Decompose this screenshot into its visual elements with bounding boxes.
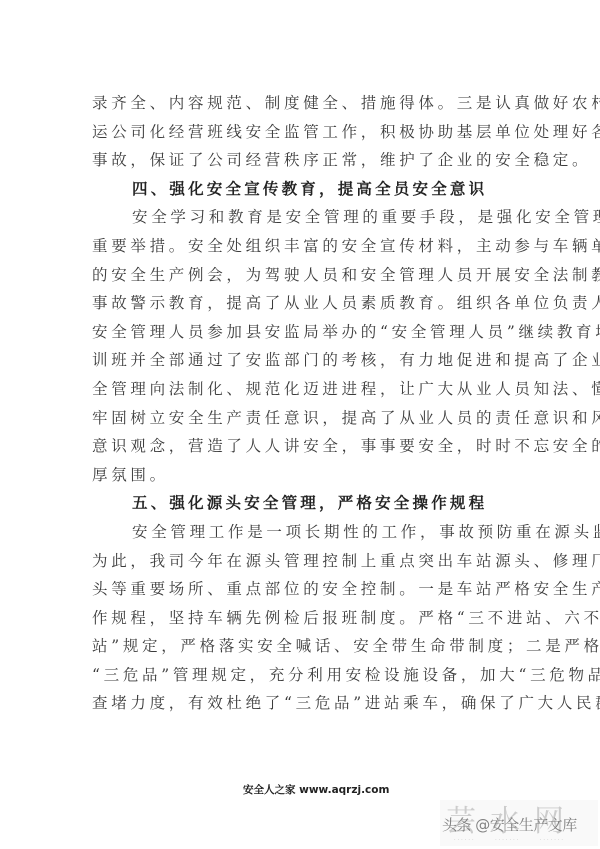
watermark-source-text: 头条 @安全生产文库 — [442, 814, 577, 835]
paragraph-line: 意识观念，营造了人人讲安全，事事要安全，时时不忘安全的浓 — [92, 432, 522, 461]
paragraph-line: 查堵力度，有效杜绝了“三危品”进站乘车，确保了广大人民群 — [92, 689, 522, 718]
paragraph-line: 厚氛围。 — [92, 461, 522, 490]
paragraph-line: 安全管理人员参加县安监局举办的“安全管理人员”继续教育培 — [92, 318, 522, 347]
paragraph-line: “三危品”管理规定，充分利用安检设施设备，加大“三危物品” — [92, 661, 522, 690]
section-heading: 四、强化安全宣传教育，提高全员安全意识 — [92, 175, 522, 204]
paragraph-line: 站”规定，严格落实安全喊话、安全带生命带制度；二是严格 — [92, 632, 522, 661]
paragraph-line: 事故警示教育，提高了从业人员素质教育。组织各单位负责人、 — [92, 289, 522, 318]
paragraph-line: 事故，保证了公司经营秩序正常，维护了企业的安全稳定。 — [92, 146, 522, 175]
document-page: 录齐全、内容规范、制度健全、措施得体。三是认真做好农村客运公司化经营班线安全监管… — [0, 0, 600, 849]
paragraph-line: 安全学习和教育是安全管理的重要手段，是强化安全管理的 — [92, 203, 522, 232]
paragraph-line: 录齐全、内容规范、制度健全、措施得体。三是认真做好农村客 — [92, 89, 522, 118]
paragraph-line: 牢固树立安全生产责任意识，提高了从业人员的责任意识和风险 — [92, 404, 522, 433]
section-heading: 五、强化源头安全管理，严格安全操作规程 — [92, 489, 522, 518]
paragraph-line: 头等重要场所、重点部位的安全控制。一是车站严格安全生产操 — [92, 575, 522, 604]
paragraph-line: 运公司化经营班线安全监管工作，积极协助基层单位处理好各类 — [92, 118, 522, 147]
paragraph-line: 安全管理工作是一项长期性的工作，事故预防重在源头监管。 — [92, 518, 522, 547]
paragraph-line: 全管理向法制化、规范化迈进进程，让广大从业人员知法、懂法， — [92, 375, 522, 404]
document-body: 录齐全、内容规范、制度健全、措施得体。三是认真做好农村客运公司化经营班线安全监管… — [92, 89, 522, 718]
paragraph-line: 的安全生产例会，为驾驶人员和安全管理人员开展安全法制教育、 — [92, 261, 522, 290]
paragraph-line: 作规程，坚持车辆先例检后报班制度。严格“三不进站、六不出 — [92, 604, 522, 633]
watermark-subtext: ...... ....... ....... — [454, 836, 565, 842]
paragraph-line: 重要举措。安全处组织丰富的安全宣传材料，主动参与车辆单位 — [92, 232, 522, 261]
paragraph-line: 训班并全部通过了安监部门的考核，有力地促进和提高了企业安 — [92, 346, 522, 375]
watermark: 芸水网 头条 @安全生产文库 ...... ....... ....... — [440, 800, 598, 846]
footer-site-text[interactable]: 安全人之家 www.aqrzj.com — [243, 782, 389, 797]
paragraph-line: 为此，我司今年在源头管理控制上重点突出车站源头、修理厂源 — [92, 547, 522, 576]
